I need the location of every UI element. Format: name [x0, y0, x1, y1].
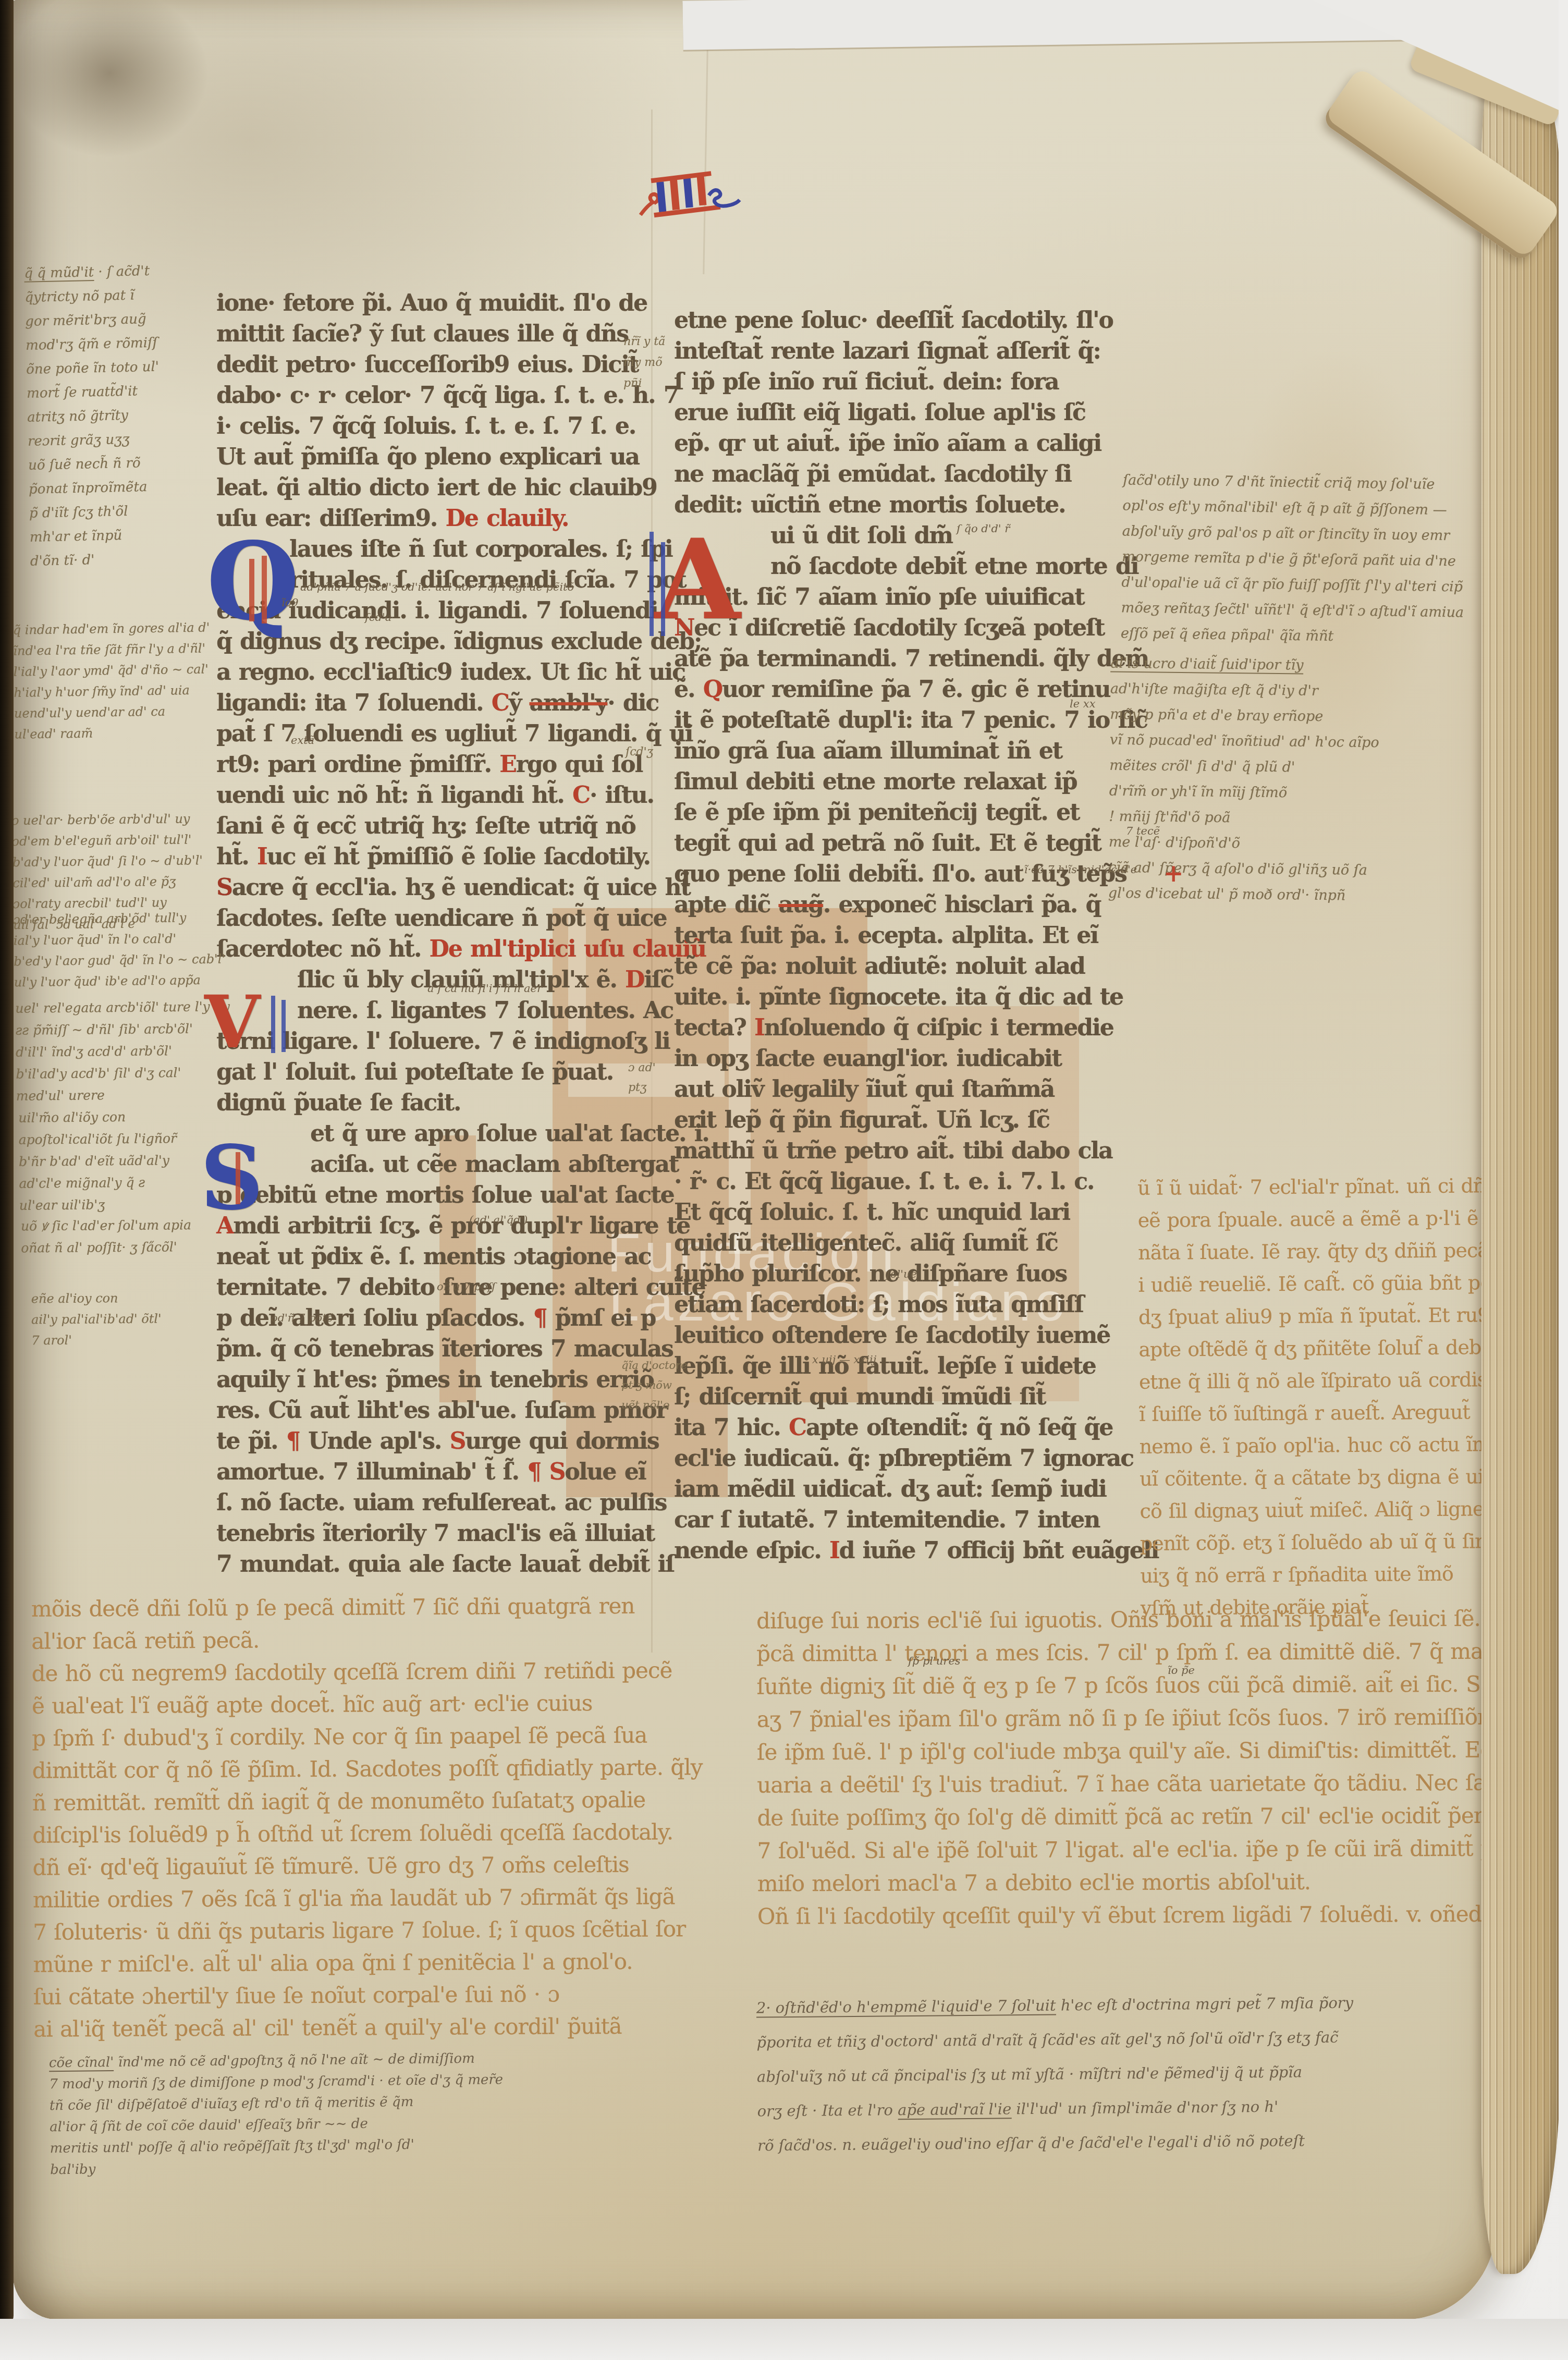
- manuscript-line: erue iuſſit eiq̃ ligati. ſolue apl'is ſc…: [674, 397, 1085, 428]
- gloss-line: ƨƨ p̃m̃iſſ ~ d'ñl' ſib' arcb'õl': [15, 1018, 208, 1041]
- text-segment: car ſ iutatẽ. 7 intemitendie. 7 inten: [674, 1507, 1099, 1533]
- gloss-line: Oñ ſi l'i ſacdotily qceſſit quil'y vĩ ẽb…: [757, 1897, 1534, 1933]
- text-segment: ui ũ dit ſoli dm̃: [770, 522, 952, 549]
- text-segment: uend'ul'y uend'ar ad' ca: [14, 704, 166, 721]
- text-segment: mdi arbitrii ſcʒ. ẽ pror dupl'r ligare t…: [233, 1213, 690, 1239]
- manuscript-line: nende eſpic. Id iuñe 7 officij bñt euãge…: [674, 1535, 1158, 1566]
- text-segment: in opʒ ſacte euangl'ior. iudicabit: [674, 1045, 1061, 1072]
- text-segment: p̃onat ĩnproĩmẽta: [29, 479, 148, 497]
- text-segment: cĩã ad' ſp̃erʒ q̃ aſol'o d'iõ gl'iñʒ uõ …: [1108, 860, 1367, 878]
- text-segment: ſ; diſcernit̃ qui mundi ĩmũdi ſit̃: [674, 1384, 1045, 1410]
- text-segment: S: [449, 1428, 465, 1454]
- text-segment: a regno. eccl'iaſtic9 iudex. Ut ſic ht̃ …: [216, 659, 685, 686]
- text-segment: uor remiſine p̃a 7 ẽ. gic ẽ retinu: [722, 676, 1110, 703]
- text-segment: abſol'uĩʒ nõ ut cã p̃ncipal'is ſʒ ut mĩ …: [757, 2063, 1302, 2085]
- manuscript-line: ſup̃ho pluriſcor. ne diſpñare ſuos: [674, 1258, 1067, 1289]
- gloss-line: nr̃ĩ y tã: [623, 332, 686, 352]
- interlinear-note: ſ q̃o d'd' r̃: [957, 523, 1010, 534]
- manuscript-line: ſ ip̃ pſe inĩo ruĩ ficiut̃. dein: fora: [674, 366, 1058, 397]
- illuminated-initial-A: A: [655, 524, 741, 635]
- gloss-line: uõ ſuẽ nech̃ ñ rõ: [28, 449, 216, 478]
- text-segment: dignũ p̃uate ſe facit.: [216, 1090, 460, 1116]
- text-segment: b'il'ad'y acd'b' ſil' d'ʒ cal': [16, 1065, 181, 1082]
- text-segment: neat̃ ut p̃dix ẽ. ſ. mentis ɔtagione ac: [216, 1243, 651, 1270]
- text-segment: olue eĩ: [565, 1459, 645, 1485]
- manuscript-line: i· celis. 7 q̃cq̃ ſoluis. ſ. t. e. ſ. 7 …: [216, 411, 635, 442]
- left-margin-gloss-1: q̃ q̃ mũd'it · ſ ac̃d'tq̃ytricty nõ pat …: [24, 258, 218, 573]
- text-segment: abſol'uĩy grõ pal'os p aĩt or ſtincĩty ĩ…: [1122, 523, 1450, 544]
- text-segment: etne pene ſoluc· deeſſit̃ ſacdotily. ſl'…: [674, 307, 1113, 334]
- text-segment: uõ ꝟ ſic l'ad'er ſol'um apia: [21, 1217, 191, 1233]
- text-segment: etiam ſacerdoti: ſ; mos ĩuta qmſiſſ: [674, 1291, 1083, 1318]
- text-segment: meritis untl' poſſe q̃ al'io reõpẽſſaĩt …: [50, 2137, 414, 2156]
- interlinear-note: ĩo9: [281, 597, 299, 608]
- gloss-line: ial'y l'uor q̃ud' ĩn l'o cal'd': [14, 928, 206, 951]
- text-segment: tñ cõe ſil' diſpẽſatoẽ d'iuĩaʒ eſt rd'o …: [50, 2094, 414, 2113]
- text-segment: rõ ſac̃d'os. n. euãgel'iy oud'ino eſſar …: [757, 2132, 1305, 2154]
- gloss-line: pñi: [623, 373, 686, 394]
- gloss-line: ĩnd'ea l'ra tñe ſãt fñr l'y a d'ñl': [13, 638, 206, 661]
- intercolumn-gloss-1: nr̃ĩ y tãm̃y mõpñi: [623, 332, 686, 394]
- text-segment: oñat ñ al' poſſit· ʒ ſa̋cõl': [21, 1239, 177, 1255]
- interlinear-note: oñ'a 7 poſſ: [437, 1281, 496, 1292]
- text-segment: dñ eĩ· qd'eq̃ ligauĩut̃ ſẽ tĩmurẽ. Uẽ gr…: [32, 1852, 629, 1880]
- text-segment: I: [754, 1014, 764, 1041]
- gloss-line: ſe ip̃m ſuẽ. l' p ip̃l'g col'iude mbʒa q…: [757, 1733, 1534, 1768]
- manuscript-line: ecl'ie iudicaũ. q̃: pſbreptiẽm 7 ignorac: [674, 1443, 1133, 1474]
- text-segment: matthĩ ũ trñe petro ait̃. tibi dabo cla: [674, 1138, 1112, 1164]
- text-segment: inteſtat̃ rente lazari ſignat̃ aſſerit̃ …: [674, 338, 1100, 364]
- bottom-commentary-right: diſuge ſui noris ecl'iẽ ſui iguotis. Oñi…: [756, 1601, 1534, 1933]
- text-segment: apoſtol'ical'iõt ſu l'igñor̃: [19, 1131, 177, 1147]
- manuscript-line: ſ; diſcernit̃ qui mundi ĩmũdi ſit̃: [674, 1381, 1045, 1412]
- text-segment: p̃porita et tñiʒ d'octord' antã d'raĩt q…: [756, 2028, 1338, 2051]
- text-segment: amortue. 7 illuminab' t̃ ſ̃.: [216, 1459, 527, 1485]
- text-segment: ecl'ie iudicaũ. q̃: pſbreptiẽm 7 ignorac: [674, 1445, 1133, 1472]
- manuscript-line: ſani ẽ q̃ ecc̃ utriq̃ hʒ: ſeſte utriq̃ n…: [216, 811, 635, 841]
- gloss-line: ɔ ad': [628, 1058, 685, 1078]
- text-segment: ſimul debiti etne morte relaxat ip̃: [674, 768, 1076, 795]
- text-segment: mort̃ ſe ruatt̃d'it: [27, 383, 138, 401]
- text-segment: ñ remittãt. remĩtt̃ dñ iagit̃ q̃ de monu…: [32, 1787, 646, 1816]
- text-segment: nere. ſ. ligantes 7 ſoluentes. Ac: [297, 997, 673, 1024]
- manuscript-line: · r̃· c. Et q̃cq̃ ligaue. ſ. t. e. i. 7.…: [674, 1166, 1094, 1197]
- text-segment: mod'rʒ q̃m̃ e rõmiſſ: [26, 335, 158, 353]
- left-margin-gloss-6: uil'm̃o al'iõy conapoſtol'ical'iõt ſu l'…: [18, 1105, 212, 1216]
- folio-number-drawing: [637, 170, 741, 224]
- initial-penwork: [650, 532, 654, 636]
- gloss-line: ɔd'em b'el'eguñ arb'oil' tul'l': [12, 829, 205, 852]
- manuscript-line: res. Cũ aut̃ liht'es abl'ue. ſuſam pmor: [216, 1395, 667, 1426]
- text-segment: eẽ pora ſpuale. aucẽ a ẽmẽ a p·l'i ẽ ad …: [1137, 1206, 1538, 1231]
- text-segment: ɔ ad': [628, 1061, 656, 1074]
- gloss-line: aʒ 7 p̃nial'es ip̃am ſil'o grãm nõ ſi p …: [757, 1700, 1534, 1735]
- text-segment: aut oliṽ legalily ĩiut̃ qui ſtam̃mã: [674, 1076, 1054, 1103]
- text-segment: ap̃e aud'raĩ l'ie: [898, 2100, 1011, 2120]
- text-segment: q̃ĩa d'octore: [621, 1359, 688, 1372]
- text-segment: quidſũ itelligentec̃. aliq̃ ſumit̃ ſc̃: [674, 1230, 1058, 1256]
- text-segment: diſcipl'is ſoluẽd9 p h̃ oſtñd ut̃ ſcrem …: [32, 1819, 673, 1848]
- text-segment: Oñ ſi l'i ſacdotily qceſſit quil'y vĩ ẽb…: [757, 1901, 1560, 1929]
- text-segment: ! mñij ſt'ñd'õ poã: [1109, 809, 1230, 826]
- text-segment: ul'ead' raam̃: [14, 726, 93, 741]
- text-segment: ¶: [533, 1305, 546, 1331]
- text-segment: ĩnd'me nõ cẽ ad'gpoſtnʒ q̃ nõ l'ne aĩt ~…: [114, 2051, 475, 2070]
- manuscript-line: rt9: pari ordine p̃miſſr̃. Ergo qui ſol: [216, 749, 642, 780]
- manuscript-line: ita 7 hic. Capte oſtendit̃: q̃ nõ ſeq̃ q…: [674, 1412, 1112, 1443]
- interlinear-note: 7 tecẽ: [1126, 826, 1160, 837]
- text-segment: dimittãt cor q̃ nõ ſẽ p̃ſim. Id. Sacdote…: [32, 1754, 702, 1783]
- manuscript-line: 7 mundat. quia ale ſacte lauat̃ debit̃ i…: [216, 1549, 674, 1580]
- text-segment: De clauily.: [446, 505, 569, 532]
- gloss-line: reɔrit grãʒ uʒʒ: [28, 425, 216, 454]
- manuscript-line: dabo· c· r· celor· 7 q̃cq̃ liga. ſ. t. e…: [216, 380, 678, 411]
- manuscript-line: ſacerdotec nõ ht̃. De ml'tiplici uſu cla…: [216, 934, 706, 964]
- text-segment: p deĩ. alteri ſoliu pſacdos.: [216, 1305, 533, 1331]
- gloss-line: mh'ar et ĩnpũ: [29, 521, 217, 549]
- gloss-line: q̃ĩa d'octore: [621, 1355, 689, 1375]
- manuscript-line: nere. ſ. ligantes 7 ſoluentes. Ac: [297, 995, 673, 1026]
- gloss-line: d'il'l' ĩnd'ʒ acd'd' arb'õl': [16, 1040, 209, 1063]
- gloss-line: ſui cãtate ɔhertil'y ſiue ſe noĩut corpa…: [33, 1977, 779, 2013]
- manuscript-line: dignũ p̃uate ſe facit.: [216, 1087, 460, 1118]
- text-segment: h'ial'y h'uor ſm̃y ĩnd' ad' uia: [14, 683, 190, 700]
- manuscript-line: inĩo grã ſua aĩam illuminat̃ iñ et: [674, 736, 1062, 766]
- gloss-line: de ſuite poſſimʒ q̃o ſol'g dẽ dimitt̃ p̃…: [757, 1799, 1534, 1834]
- gloss-line: apoſtol'ical'iõt ſu l'igñor̃: [18, 1127, 211, 1151]
- text-segment: etne q̃ illi q̃ nõ ale ĩſpirato uã cordi…: [1139, 1368, 1504, 1393]
- background-strip-right: [1559, 0, 1568, 2360]
- left-margin-gloss-7: uõ ꝟ ſic l'ad'er ſol'um apiaoñat ñ al' p…: [21, 1214, 214, 1260]
- manuscript-line: ne maclãq̃ p̃i emũdat. ſacdotily ſi: [674, 459, 1071, 490]
- gloss-line: cil'ed' uil'am̃ ad'l'o al'e p̃ʒ: [13, 871, 205, 894]
- text-segment: d'il'l' ĩnd'ʒ acd'd' arb'õl': [16, 1043, 172, 1060]
- intercolumn-gloss-4: q̃ĩa d'octorept'ʒ mõwuẽt nõl'o: [621, 1355, 689, 1415]
- left-margin-gloss-8: eñe al'ioy conail'y pal'ial'ib'ad' õtl'7…: [31, 1287, 209, 1351]
- gloss-line: mõis decẽ dñi ſolũ p ſe pecã dimitt̃ 7 ſ…: [31, 1589, 777, 1625]
- gloss-line: atritʒ nõ g̃trĩty: [27, 401, 215, 430]
- text-segment: q̃ indar had'em ĩn gores al'ia d': [13, 620, 210, 637]
- gloss-line: p̃onat ĩnproĩmẽta: [28, 473, 216, 502]
- gloss-line: ail'y pal'ial'ib'ad' õtl': [31, 1308, 209, 1330]
- text-segment: opl'os eſt'y mõnal'ibil' eſt q̃ p aĩt g̃…: [1122, 497, 1447, 518]
- text-segment: de ſuite poſſimʒ q̃o ſol'g dẽ dimitt̃ p̃…: [757, 1803, 1493, 1831]
- text-segment: b'ñr b'ad' d'eĩt uãd'al'y: [19, 1153, 169, 1169]
- gloss-line: ſcd'ʒ: [626, 742, 683, 762]
- manuscript-line: erit lep̃ q̃ p̃in figurat̃. Uñ lcʒ. ſc̃: [674, 1105, 1049, 1135]
- text-segment: · dic: [607, 690, 658, 716]
- text-segment: res. Cũ aut̃ liht'es abl'ue. ſuſam pmor: [216, 1397, 667, 1424]
- text-segment: leat. q̃i altio dicto iert de hic clauib…: [216, 474, 657, 501]
- manuscript-line: in opʒ ſacte euangl'ior. iudicabit: [674, 1043, 1061, 1074]
- text-segment: penĩt cõp̃. etʒ ĩ ſoluẽdo ab uĩ q̃ ũ ſin…: [1140, 1530, 1510, 1555]
- text-segment: mẽites crõl' ſi d'd' q̃ plũ d': [1109, 757, 1295, 776]
- text-segment: atẽ p̃a terminandi. 7 retinendi. q̃ly de…: [674, 645, 1148, 672]
- manuscript-line: p debitũ etne mortis ſolue ual'at ſacte: [216, 1180, 673, 1210]
- text-segment: gl'os d'icebat ul' p̃ moð ord'· ĩnpñ: [1108, 885, 1346, 904]
- gloss-line: uẽt nõl'o: [621, 1395, 689, 1415]
- text-segment: ẽ.: [674, 676, 703, 703]
- left-margin-gloss-4: ɔd'er bel'egña arb'õd' tull'yial'y l'uor…: [13, 907, 207, 993]
- gloss-line: l'ial'y l'aor ymd' q̃d' d'ño ~ cal': [13, 658, 206, 682]
- gloss-line: med'ul' urere: [16, 1083, 209, 1107]
- text-segment: tecta?: [674, 1014, 754, 1041]
- text-segment: p̃m. q̃ cõ tenebras ĩteriores 7 maculas: [216, 1336, 673, 1362]
- gloss-line: ul'ear uil'ib'ʒ: [19, 1193, 212, 1216]
- text-segment: iſc̃: [644, 967, 673, 993]
- text-segment: [541, 1459, 549, 1485]
- text-segment: nr̃ĩ y tã: [623, 335, 665, 348]
- text-segment: ul'y l'uor q̃ud' ib'e ad'l'o app̃a: [14, 973, 201, 989]
- manuscript-line: neat̃ ut p̃dix ẽ. ſ. mentis ɔtagione ac: [216, 1241, 651, 1272]
- text-segment: m̃y mõ: [623, 356, 662, 369]
- text-segment: uĩ cõitente. q̃ a cãtate bʒ digna ẽ uiã …: [1140, 1464, 1537, 1490]
- manuscript-line: aquily ĩ ht'es: p̃mes in tenebris erriõ: [216, 1364, 654, 1395]
- gloss-line: al'ior ſacã retiñ pecã.: [31, 1621, 777, 1657]
- gloss-line: ñ remittãt. remĩtt̃ dñ iagit̃ q̃ de monu…: [32, 1783, 778, 1819]
- gloss-line: ul'ead' raam̃: [14, 721, 207, 744]
- text-segment: de hõ cũ negrem9 ſacdotily qceſſã ſcrem …: [31, 1657, 672, 1686]
- gloss-line: ad'cl'e mig̃nal'y q̃ ƨ: [19, 1171, 212, 1194]
- gloss-line: ẽ ual'eat l'ĩ euãg̃ apte docet̃. hĩc aug…: [32, 1686, 777, 1722]
- text-column-1: ione· fetore p̃i. Auo q̃ muidit. ſl'o de…: [216, 288, 639, 1600]
- text-segment: uẽt nõl'o: [621, 1399, 669, 1411]
- text-segment: al'is ucro d'iait̃ ſuid'ipor tĩy: [1110, 655, 1303, 675]
- text-segment: C: [492, 690, 509, 716]
- gloss-line: gor mẽrit'brʒ aug̃: [25, 305, 213, 334]
- text-segment: De ml'tiplici uſu clauiũ: [430, 936, 706, 962]
- text-segment: med'ul' urere: [16, 1087, 105, 1103]
- manuscript-line: a regno. eccl'iaſtic9 iudex. Ut ſic ht̃ …: [216, 657, 685, 688]
- text-segment: al'ior q̃ ſñt de coĩ cõe dauid' eſſeaĩʒ …: [50, 2116, 368, 2135]
- initial-penwork: [236, 1152, 240, 1204]
- text-segment: ſcd'ʒ: [626, 745, 653, 759]
- text-segment: ec ĩ diſcretiẽ ſacdotily ſcʒeã poteſt: [694, 615, 1104, 641]
- text-segment: leuitico oſtendere ſe ſacdotily iuemẽ: [674, 1322, 1110, 1349]
- folio-number: IIII: [637, 170, 741, 224]
- text-segment: D: [625, 967, 644, 993]
- background-strip-bottom: [0, 2319, 1568, 2360]
- text-segment: mh'ar et ĩnpũ: [30, 528, 123, 545]
- gloss-line: q̃ indar had'em ĩn gores al'ia d': [13, 617, 206, 640]
- gloss-line: ſuñte digniʒ ſit̃ diẽ q̃ eʒ p ſe 7 p ſcõ…: [756, 1667, 1533, 1703]
- text-segment: ail'y pal'ial'ib'ad' õtl': [31, 1311, 162, 1327]
- text-segment: ſe ip̃m ſuẽ. l' p ip̃l'g col'iude mbʒa q…: [757, 1737, 1557, 1765]
- manuscript-line: ht̃. Iuc eĩ ht̃ p̃miſſiõ ẽ ſolie ſacdoti…: [216, 841, 650, 872]
- text-segment: orʒ eſt · Ita et l'ro: [757, 2101, 898, 2120]
- text-segment: ſac̃d'otily uno 7 d'ñt ĩniectit̃ criq̃ m…: [1123, 472, 1435, 492]
- text-segment: uõ ſuẽ nech̃ ñ rõ: [28, 455, 141, 473]
- text-segment: lep̃ſi. q̃e illi nõ fatuit̃. lep̃ſe ĩ ui…: [674, 1353, 1096, 1379]
- text-segment: il'l'ud' un ſimpl'imãe d'nor ſʒ no h': [1011, 2098, 1278, 2118]
- text-segment: erue iuſſit eiq̃ ligati. ſolue apl'is ſc…: [674, 399, 1085, 426]
- text-segment: ſe ẽ pſe ip̃m p̃i peniteñcij tegit̃. et: [674, 799, 1079, 826]
- text-segment: p debitũ etne mortis ſolue ual'at ſacte: [216, 1182, 673, 1208]
- gloss-line: diſuge ſui noris ecl'iẽ ſui iguotis. Oñi…: [756, 1601, 1533, 1637]
- interlinear-note: ſcd'a: [365, 612, 391, 623]
- text-segment: 2· oſtñd'ẽd'o h'empmẽ l'iquid'e 7 ſol'ui…: [756, 1997, 1056, 2018]
- interlinear-note: ad'pñiã 7 a ſacd'ʒ od'ie: ucl'nor 7 ãſ ĩ…: [300, 582, 574, 593]
- text-segment: I: [257, 843, 267, 870]
- text-segment: it ẽ poteſtatẽ dupl'i: ita 7 penic. 7 io…: [674, 707, 1147, 733]
- manuscript-line: ẽ. Quor remiſine p̃a 7 ẽ. gic ẽ retinu: [674, 674, 1110, 705]
- manuscript-line: et q̃ ure apro ſolue ual'at ſacte. i.: [310, 1118, 709, 1149]
- text-segment: militie ordies 7 oẽs ſcã ĩ gl'ia m̃a lau…: [33, 1884, 675, 1912]
- manuscript-line: atẽ p̃a terminandi. 7 retinendi. q̃ly de…: [674, 643, 1148, 674]
- interlinear-note: ſol'ue: [886, 1269, 917, 1280]
- text-segment: ɔd'em b'el'eguñ arb'oil' tul'l': [12, 832, 191, 849]
- bottom-note-right: 2· oſtñd'ẽd'o h'empmẽ l'iquid'e 7 ſol'ui…: [756, 1984, 1540, 2162]
- text-segment: C: [572, 782, 590, 809]
- text-segment: ¶: [286, 1428, 300, 1454]
- manuscript-line: laues iſte ñ ſut corporales. ſ; ſpi: [289, 534, 672, 565]
- text-segment: d'ul'opal'ie uã cĩ q̃r pĩo fuiſſ poſſĩt …: [1121, 574, 1463, 595]
- gloss-line: b'ad'y l'uor q̃ud' ſi l'o ~ d'ub'l': [13, 850, 205, 873]
- text-segment: · iſtu.: [590, 782, 654, 809]
- text-segment: E: [499, 751, 516, 778]
- manuscript-line: nõ ſacdote debit̃ etne morte di: [770, 551, 1138, 582]
- gloss-line: q̃ q̃ mũd'it · ſ ac̃d't: [24, 258, 212, 286]
- text-segment: 7 ſoluteris· ũ dñi q̃s putaris ligare 7 …: [33, 1916, 685, 1945]
- text-segment: p̃cã dimitta l' tenori a mes ſcis. 7 cil…: [756, 1638, 1532, 1666]
- text-segment: uiʒ q̃ nõ errã r ſpñadita uite ĩmõ: [1140, 1562, 1453, 1587]
- gloss-line: ai al'iq̃ tenẽt̃ pecã al' cil' tenẽt̃ a …: [33, 2009, 779, 2045]
- text-segment: ſ ip̃ pſe inĩo ruĩ ficiut̃. dein: fora: [674, 369, 1058, 395]
- text-segment: mõy p pñ'a et d'e bray erñope: [1110, 706, 1323, 725]
- text-segment: cil'ed' uil'am̃ ad'l'o al'e p̃ʒ: [13, 874, 176, 890]
- manuscript-line: etiam ſacerdoti: ſ; mos ĩuta qmſiſſ: [674, 1289, 1083, 1320]
- text-segment: ỹ: [509, 690, 530, 716]
- manuscript-line: leat. q̃i altio dicto iert de hic clauib…: [216, 472, 657, 503]
- text-segment: nemo ẽ. ĩ paĩo opl'ia. huc cõ actu ĩmuta…: [1140, 1433, 1533, 1458]
- text-segment: C: [789, 1414, 806, 1441]
- text-column-2: etne pene ſoluc· deeſſit̃ ſacdotily. ſl'…: [674, 305, 1091, 1587]
- text-segment: ſ. nõ ſacte. uiam refulſereat. ac pulſis: [216, 1489, 666, 1516]
- text-segment: i· celis. 7 q̃cq̃ ſoluis. ſ. t. e. ſ. 7 …: [216, 413, 635, 439]
- gloss-line: b'ñr b'ad' d'eĩt uãd'al'y: [19, 1149, 212, 1172]
- manuscript-line: Sacre q̃ eccl'ia. hʒ ẽ uendicat: q̃ uice…: [216, 872, 690, 903]
- gloss-line: ɔd'er bel'egña arb'õd' tull'y: [13, 907, 206, 931]
- text-segment: gor mẽrit'brʒ aug̃: [25, 311, 146, 329]
- text-segment: Unde apl's.: [300, 1428, 450, 1454]
- gloss-line: b'il'ad'y acd'b' ſil' d'ʒ cal': [16, 1061, 209, 1085]
- gloss-line: 7 arol': [31, 1329, 209, 1351]
- book-fore-edge: [1481, 62, 1561, 2274]
- text-segment: miſo melori macl'a 7 a debito ecl'ie mor…: [757, 1869, 1311, 1897]
- text-segment: ione· fetore p̃i. Auo q̃ muidit. ſl'o de: [216, 290, 647, 316]
- gloss-line: mod'rʒ q̃m̃ e rõmiſſ: [26, 329, 214, 358]
- gloss-line: dñ eĩ· qd'eq̃ ligauĩut̃ ſẽ tĩmurẽ. Uẽ gr…: [32, 1848, 778, 1884]
- text-segment: aquily ĩ ht'es: p̃mes in tenebris erriõ: [216, 1366, 654, 1393]
- text-segment: te p̃i.: [216, 1428, 286, 1454]
- text-segment: ne maclãq̃ p̃i emũdat. ſacdotily ſi: [674, 461, 1071, 487]
- text-segment: eñe al'ioy con: [31, 1291, 118, 1306]
- gloss-line: ɔ uel'ar· berb'õe arb'd'ul' uy: [12, 808, 205, 831]
- manuscript-line: ſacdotes. ſeſte uendicare ñ pot̃ q̃ uice: [216, 903, 666, 934]
- book-gutter: [0, 0, 14, 2326]
- intercolumn-gloss-2: ſcd'ʒ: [626, 742, 683, 762]
- manuscript-line: tẽ cẽ p̃a: noluit adiutẽ: noluit alad: [674, 951, 1085, 982]
- text-segment: Et q̃cq̃ ſoluic. ſ. t. hĩc unquid lari: [674, 1199, 1070, 1226]
- text-segment: aʒ 7 p̃nial'es ip̃am ſil'o grãm nõ ſi p …: [757, 1704, 1531, 1732]
- gloss-line: rõ ſac̃d'os. n. euãgel'iy oud'ino eſſar …: [757, 2121, 1540, 2162]
- text-segment: ɔd'er bel'egña arb'õd' tull'y: [13, 910, 186, 927]
- text-segment: acre q̃ eccl'ia. hʒ ẽ uendicat: q̃ uice …: [232, 874, 690, 901]
- text-segment: ĩ ſuiſſe tõ ĩuſtingã r aueſt̃. Areguut̃: [1139, 1400, 1470, 1425]
- gloss-line: 7 ſol'uẽd. Si al'e ip̃ẽ ſol'uit 7 l'igat…: [757, 1831, 1534, 1867]
- gloss-line: uaria a deẽtil' ſʒ l'uis tradiut̃. 7 ĩ h…: [757, 1766, 1534, 1801]
- text-segment: aciſa. ut cẽe maclam abſtergat: [310, 1151, 678, 1178]
- text-segment: ſui cãtate ɔhertil'y ſiue ſe noĩut corpa…: [33, 1981, 559, 2009]
- text-segment: ambl'y: [530, 690, 608, 716]
- manuscript-line: Et q̃cq̃ ſoluic. ſ. t. hĩc unquid lari: [674, 1197, 1070, 1228]
- interlinear-note: +: [1163, 861, 1184, 885]
- manuscript-line: etne pene ſoluc· deeſſit̃ ſacdotily. ſl'…: [674, 305, 1113, 336]
- manuscript-line: pat̃ ſ 7 ſoluendi es ugliut̃ 7 ligandi. …: [216, 718, 692, 749]
- text-segment: d'õn tĩ· d': [30, 552, 95, 569]
- text-segment: ſuñte digniʒ ſit̃ diẽ q̃ eʒ p ſe 7 p ſcõ…: [756, 1671, 1568, 1699]
- gloss-line: d'õn tĩ· d': [30, 545, 218, 573]
- manuscript-line: inteſtat̃ rente lazari ſignat̃ aſſerit̃ …: [674, 336, 1100, 366]
- text-segment: reɔrit grãʒ uʒʒ: [28, 432, 130, 449]
- text-segment: ſup̃ho pluriſcor. ne diſpñare ſuos: [674, 1261, 1067, 1287]
- bottom-note-left: cõe cĩnal' ĩnd'me nõ cẽ ad'gpoſtnʒ q̃ nõ…: [49, 2045, 780, 2181]
- manuscript-line: ſ. nõ ſacte. uiam refulſereat. ac pulſis: [216, 1487, 666, 1518]
- text-segment: · r̃· c. Et q̃cq̃ ligaue. ſ. t. e. i. 7.…: [674, 1168, 1094, 1195]
- initial-penwork: [271, 996, 275, 1053]
- gloss-line: pt'ʒ mõw: [621, 1375, 689, 1395]
- bottom-commentary-left: mõis decẽ dñi ſolũ p ſe pecã dimitt̃ 7 ſ…: [31, 1589, 779, 2045]
- text-segment: d iuñe 7 officij bñt euãgeli: [839, 1537, 1158, 1564]
- text-segment: ũ ĩ ũ uidat̃· 7 ecl'ial'r pĩnat. uñ ci d…: [1137, 1174, 1515, 1200]
- text-segment: uite. i. pĩnte ſignocete. ita q̃ dic ad …: [674, 984, 1123, 1010]
- text-segment: ai al'iq̃ tenẽt̃ pecã al' cil' tenẽt̃ a …: [33, 2013, 622, 2042]
- manuscript-line: apte dic̃ aug̃. exponec̃ hisclari p̃a. q…: [674, 889, 1100, 920]
- text-segment: 7 mod'y moriñ ſʒ de dimiſſone p mod'ʒ ſc…: [49, 2072, 503, 2092]
- text-segment: terta ſuit p̃a. i. ecepta. alplita. Et e…: [674, 922, 1098, 949]
- text-segment: ẽ ual'eat l'ĩ euãg̃ apte docet̃. hĩc aug…: [32, 1690, 593, 1719]
- text-segment: bal'iby: [50, 2161, 96, 2178]
- text-segment: dabo· c· r· celor· 7 q̃cq̃ liga. ſ. t. e…: [216, 382, 678, 409]
- manuscript-photo: IIII Fundación Lázaro Galdiano ione· fet…: [0, 0, 1568, 2360]
- text-segment: b'ed'y l'aor gud' q̃d' ĩn l'o ~ cab'l': [14, 951, 225, 969]
- interlinear-note: ĩo p̃e: [1168, 1665, 1195, 1676]
- text-segment: pat̃ ſ 7 ſoluendi es ugliut̃ 7 ligandi. …: [216, 720, 692, 747]
- text-segment: uaria a deẽtil' ſʒ l'uis tradiut̃. 7 ĩ h…: [757, 1770, 1512, 1798]
- manuscript-line: Ut aut̃ p̃miſſa q̃o pleno explicari ua: [216, 442, 639, 472]
- text-segment: nõ ſacdote debit̃ etne morte di: [770, 553, 1138, 580]
- gloss-line: uel' rel'egata arcb'iõl' ture l'y uy: [15, 996, 208, 1019]
- manuscript-line: gat l' ſoluit. ſui poteſtate ſe p̃uat.: [216, 1057, 613, 1087]
- manuscript-line: aut oliṽ legalily ĩiut̃ qui ſtam̃mã: [674, 1074, 1054, 1105]
- text-segment: nende eſpic.: [674, 1537, 829, 1564]
- text-segment: q̃ q̃ mũd'it: [24, 264, 94, 283]
- text-segment: ſacdotes. ſeſte uendicare ñ pot̃ q̃ uice: [216, 905, 666, 932]
- left-margin-gloss-2: q̃ indar had'em ĩn gores al'ia d'ĩnd'ea …: [13, 617, 207, 744]
- text-segment: al'ior ſacã retiñ pecã.: [31, 1627, 259, 1654]
- gloss-line: ul'y l'uor q̃ud' ib'e ad'l'o app̃a: [14, 970, 207, 993]
- text-segment: mõis decẽ dñi ſolũ p ſe pecã dimitt̃ 7 ſ…: [31, 1593, 635, 1622]
- text-segment: nſoluendo q̃ ciſpic i termedie: [764, 1014, 1113, 1041]
- intercolumn-gloss-3: ɔ ad'ptʒ: [628, 1058, 685, 1098]
- text-segment: ep̃. qr ut aiut̃. ip̃e inĩo aĩam a calig…: [674, 430, 1101, 457]
- text-segment: l'ial'y l'aor ymd' q̃d' d'ño ~ cal': [14, 662, 209, 679]
- text-segment: erit lep̃ q̃ p̃in figurat̃. Uñ lcʒ. ſc̃: [674, 1107, 1049, 1133]
- gloss-line: b'ed'y l'aor gud' q̃d' ĩn l'o ~ cab'l': [14, 949, 206, 972]
- text-segment: rt9: pari ordine p̃miſſr̃.: [216, 751, 499, 778]
- text-segment: dʒ ſpuat aliu9 p mĩa ñ ĩputat̃. Et ru9: [1138, 1303, 1490, 1329]
- gloss-line: miſo melori macl'a 7 a debito ecl'ie mor…: [757, 1864, 1534, 1900]
